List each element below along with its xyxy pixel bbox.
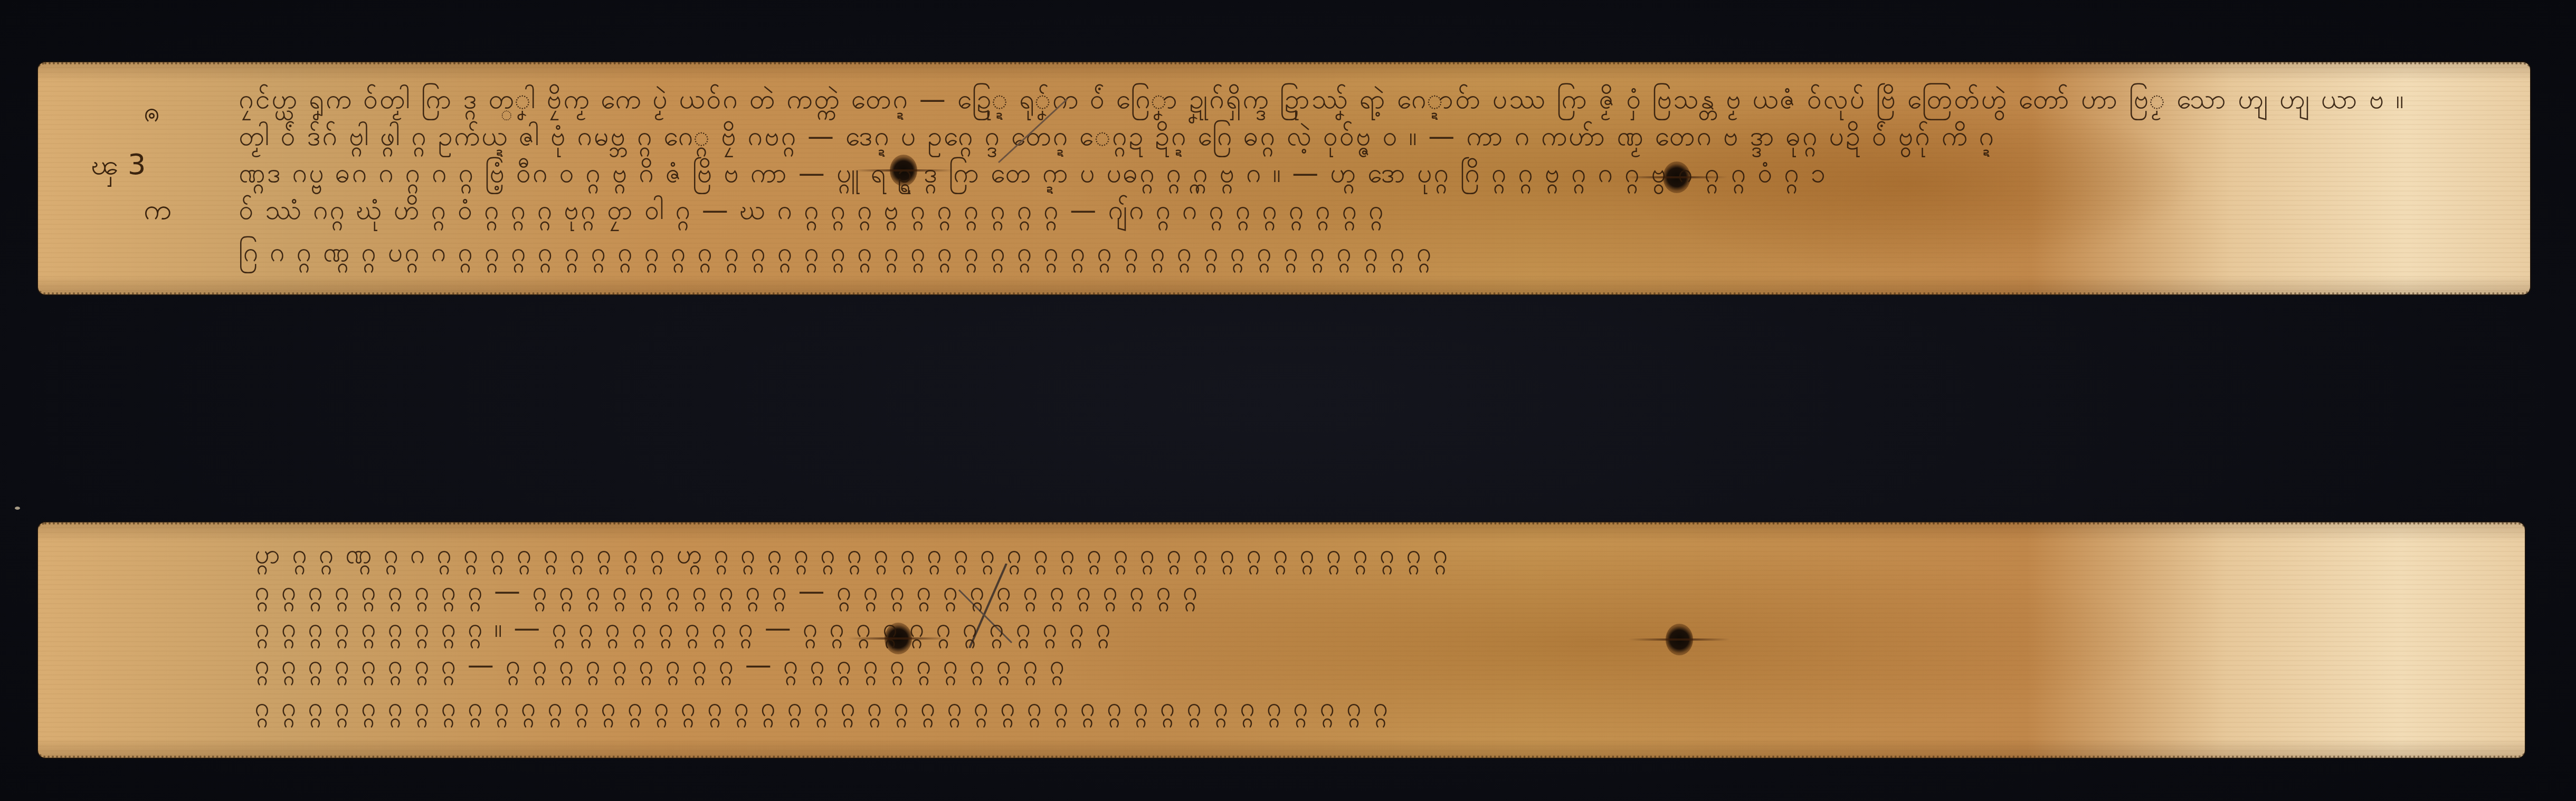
script-line: ဂ္ဂ ဂ္ဂ ဂ္ဂ ဂ္ဂ ဂ္ဂ ဂ္ဂ ဂ္ဂ ဂ္ဂ ဂ္ဂ — ဂ္… bbox=[254, 575, 1199, 607]
margin-mark: က bbox=[144, 192, 172, 233]
script-line: ဂ္ဂ ဂ္ဂ ဂ္ဂ ဂ္ဂ ဂ္ဂ ဂ္ဂ ဂ္ဂ ဂ္ဂ ဂ္ဂ ။ — … bbox=[254, 612, 1112, 644]
script-line: ဂ္ဂ ဂ္ဂ ဂ္ဂ ဂ္ဂ ဂ္ဂ ဂ္ဂ ဂ္ဂ ဂ္ဂ ဂ္ဂ ဂ္ဂ … bbox=[254, 691, 1390, 723]
script-line: ဂၠင်ဟ္ယ ရၞက ဝ်တၟါ ဂြာ ဒ္ဂ တ္ၞါ ဗၠိကၟ ကေ … bbox=[239, 83, 2405, 115]
script-line: ပ္ဂာ ဂ္ဂ ဂ္ဂ ဏ္ဂ ဂ္ဂ ဂ ဂ္ဂ ဂ္ဂ ဂ္ဂ ဂ္ဂ ဂ… bbox=[254, 538, 1449, 570]
margin-mark: ၾ 3 bbox=[91, 147, 146, 188]
script-line: ဂြ ဂ ဂ္ဂ ဏ္ဂ ဂ္ဂ ပဂ္ဂ ဂ ဂ္ဂ ဂ္ဂ ဂ္ဂ ဂ္ဂ … bbox=[239, 236, 1433, 268]
palm-leaf-top: ၐ ၾ 3 က ဂၠင်ဟ္ယ ရၞက ဝ်တၟါ ဂြာ ဒ္ဂ တ္ၞါ ဗ… bbox=[38, 62, 2530, 294]
margin-mark: ၐ bbox=[144, 94, 160, 136]
binding-hole bbox=[1666, 624, 1693, 655]
script-line: ဂ္ဂ ဂ္ဂ ဂ္ဂ ဂ္ဂ ဂ္ဂ ဂ္ဂ ဂ္ဂ ဂ္ဂ — ဂ္ဂ ဂ္… bbox=[254, 649, 1066, 681]
palm-leaf-bottom: ပ္ဂာ ဂ္ဂ ဂ္ဂ ဏ္ဂ ဂ္ဂ ဂ ဂ္ဂ ဂ္ဂ ဂ္ဂ ဂ္ဂ ဂ… bbox=[38, 522, 2525, 758]
dust-speck bbox=[15, 507, 20, 510]
script-line: ဝ် ဿံ ဂဂ္ဂ ဃုံ ဟိ ဂ္ဂ ဝံ ဂ္ဂ ဂ္ဂ ဂ္ဂ ဗုဂ… bbox=[239, 194, 1385, 226]
script-line: တၟါ ဝ်ံ ဒ်ဂ် ဗ္ဂါ ဖ္ဂါ ဂ္ဂ ဥက်ယ္ဍ ဇါ ဗုံ… bbox=[239, 120, 1995, 152]
pencil-stroke bbox=[988, 94, 1094, 168]
